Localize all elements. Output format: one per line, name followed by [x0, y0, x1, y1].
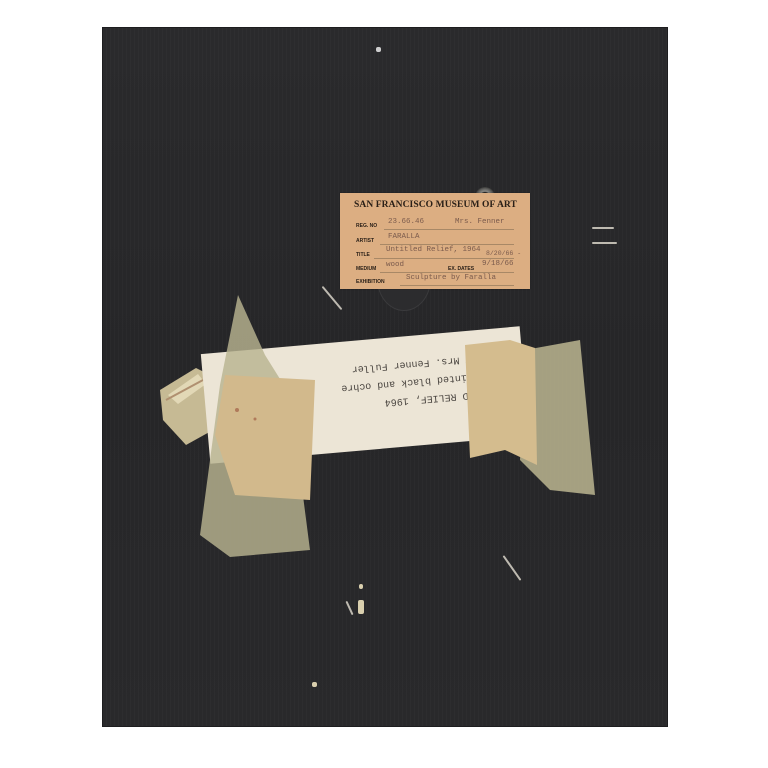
lender-value: Mrs. Fenner [455, 218, 505, 226]
scratch-mark [592, 242, 617, 244]
exhibition-label: EXHIBITION [356, 279, 385, 285]
ex-dates-start: 8/20/66 - [486, 250, 521, 257]
paint-chip [358, 600, 364, 614]
title-label: TITLE [356, 252, 370, 258]
rule-line [380, 272, 514, 273]
museum-label: SAN FRANCISCO MUSEUM OF ART REG. No 23.6… [340, 193, 530, 289]
rule-line [374, 258, 514, 259]
scratch-mark [503, 555, 522, 581]
artist-value: FARALLA [388, 233, 420, 241]
artist-label: ARTIST [356, 238, 374, 244]
rule-line [384, 229, 514, 230]
reg-no-label: REG. No [356, 223, 377, 229]
scratch-mark [592, 227, 614, 229]
rule-line [380, 244, 514, 245]
rule-line [400, 285, 514, 286]
medium-label: MEDIUM [356, 266, 376, 272]
medium-value: wood [386, 261, 404, 269]
title-value: Untitled Relief, 1964 [386, 246, 481, 254]
kraft-tape-patch-right [465, 340, 555, 470]
paint-chip [376, 47, 381, 52]
kraft-tape-patch-left [215, 375, 320, 505]
paint-chip [359, 584, 363, 589]
ex-dates-end: 9/18/66 [482, 260, 514, 268]
reg-no-value: 23.66.46 [388, 218, 424, 226]
scratch-mark [345, 601, 353, 615]
museum-label-heading: SAN FRANCISCO MUSEUM OF ART [354, 200, 517, 210]
paint-chip [312, 682, 317, 687]
exhibition-value: Sculpture by Faralla [406, 274, 496, 282]
